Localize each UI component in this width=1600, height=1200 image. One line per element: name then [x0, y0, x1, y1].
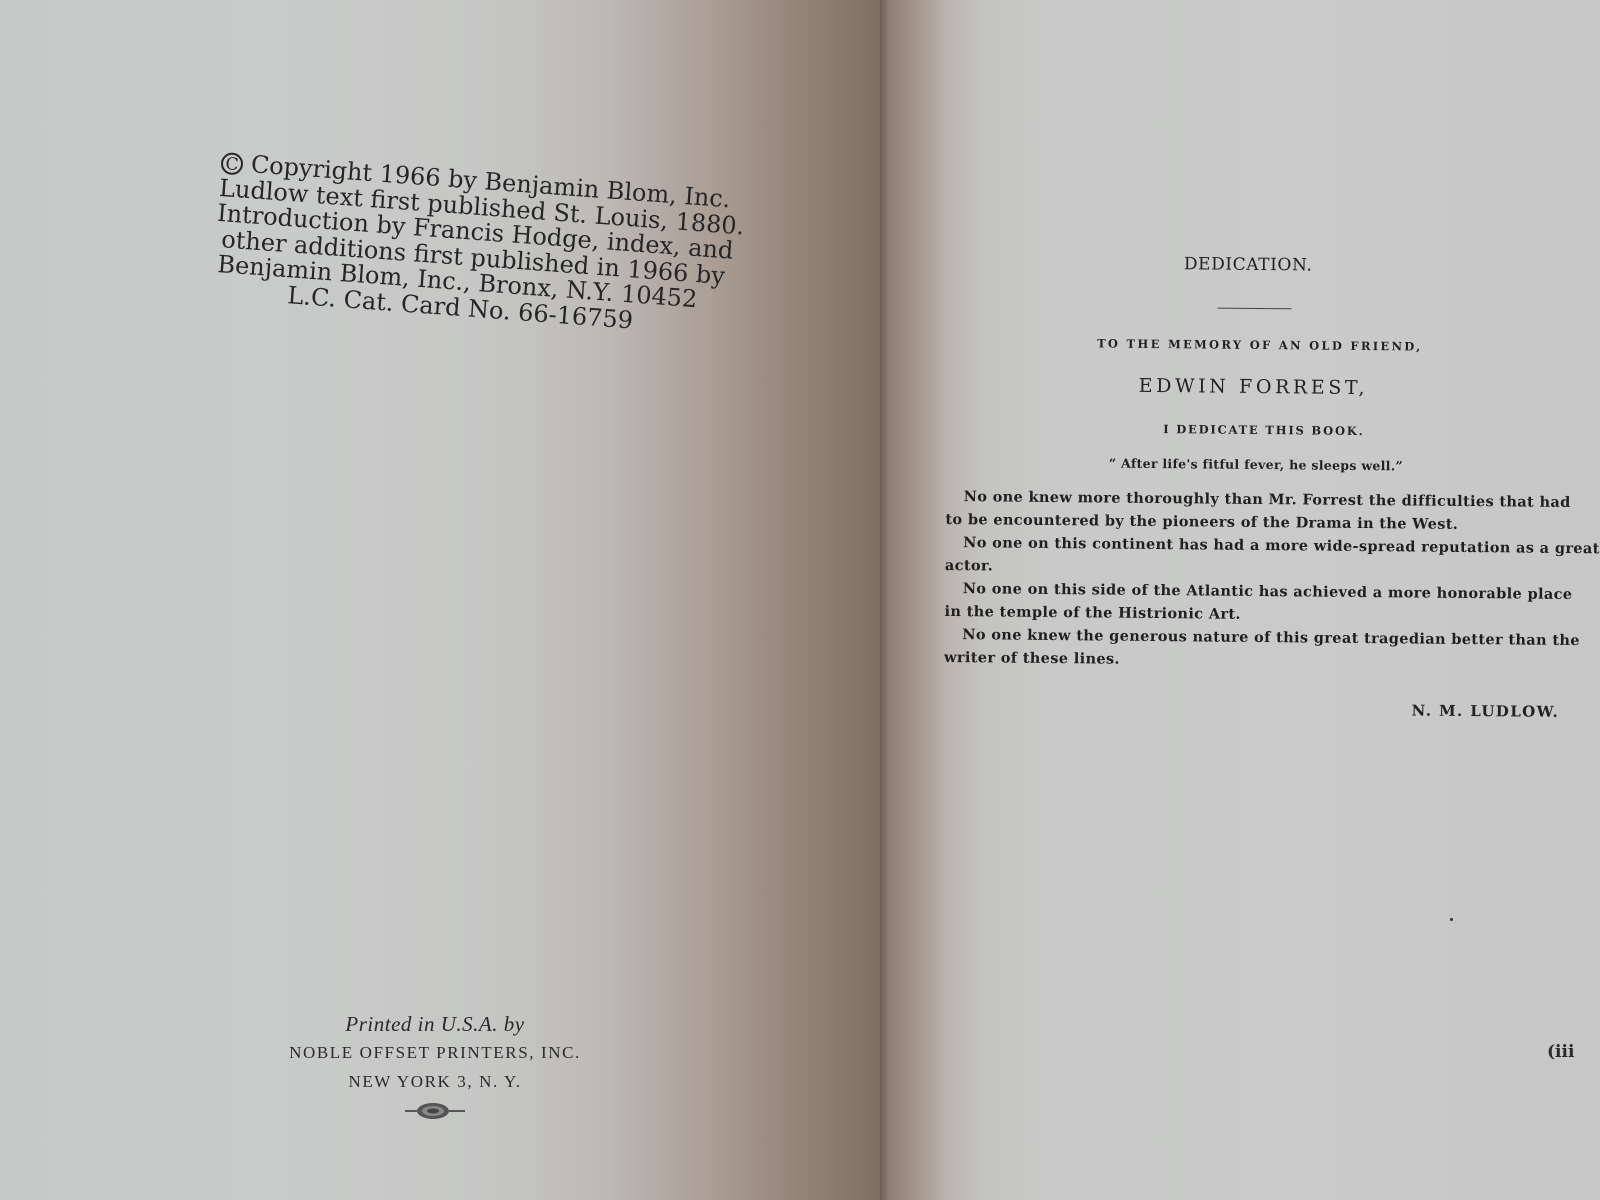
copyright-notice: CCopyright 1966 by Benjamin Blom, Inc. L…: [211, 150, 741, 341]
book-spread: CCopyright 1966 by Benjamin Blom, Inc. L…: [0, 0, 1600, 1200]
dedication-body: No one knew more thoroughly than Mr. For…: [944, 485, 1586, 675]
author-signature: N. M. LUDLOW.: [1412, 701, 1560, 720]
printer-imprint: Printed in U.S.A. by NOBLE OFFSET PRINTE…: [270, 1012, 600, 1122]
left-page: CCopyright 1966 by Benjamin Blom, Inc. L…: [0, 0, 885, 1200]
dedication-honoree: EDWIN FORREST,: [1139, 375, 1369, 399]
printer-name: NOBLE OFFSET PRINTERS, INC.: [270, 1043, 600, 1063]
dedication-statement: I DEDICATE THIS BOOK.: [1163, 422, 1364, 438]
page-number: (iii: [1547, 1042, 1574, 1062]
dedication-paragraph: No one knew more thoroughly than Mr. For…: [945, 485, 1585, 537]
dedication-quote: “ After life's fitful fever, he sleeps w…: [1109, 456, 1403, 474]
dedication-paragraph: No one knew the generous nature of this …: [944, 623, 1584, 675]
printer-city: NEW YORK 3, N. Y.: [270, 1072, 600, 1092]
dedication-title: DEDICATION.: [1184, 254, 1313, 275]
dedication-paragraph: No one on this continent has had a more …: [945, 531, 1585, 583]
copyright-icon: C: [220, 152, 244, 176]
paper-speck: [1450, 918, 1453, 921]
printer-ornament-icon: [403, 1100, 467, 1122]
dedication-paragraph: No one on this side of the Atlantic has …: [944, 577, 1584, 629]
printed-in-label: Printed in U.S.A. by: [270, 1012, 600, 1037]
